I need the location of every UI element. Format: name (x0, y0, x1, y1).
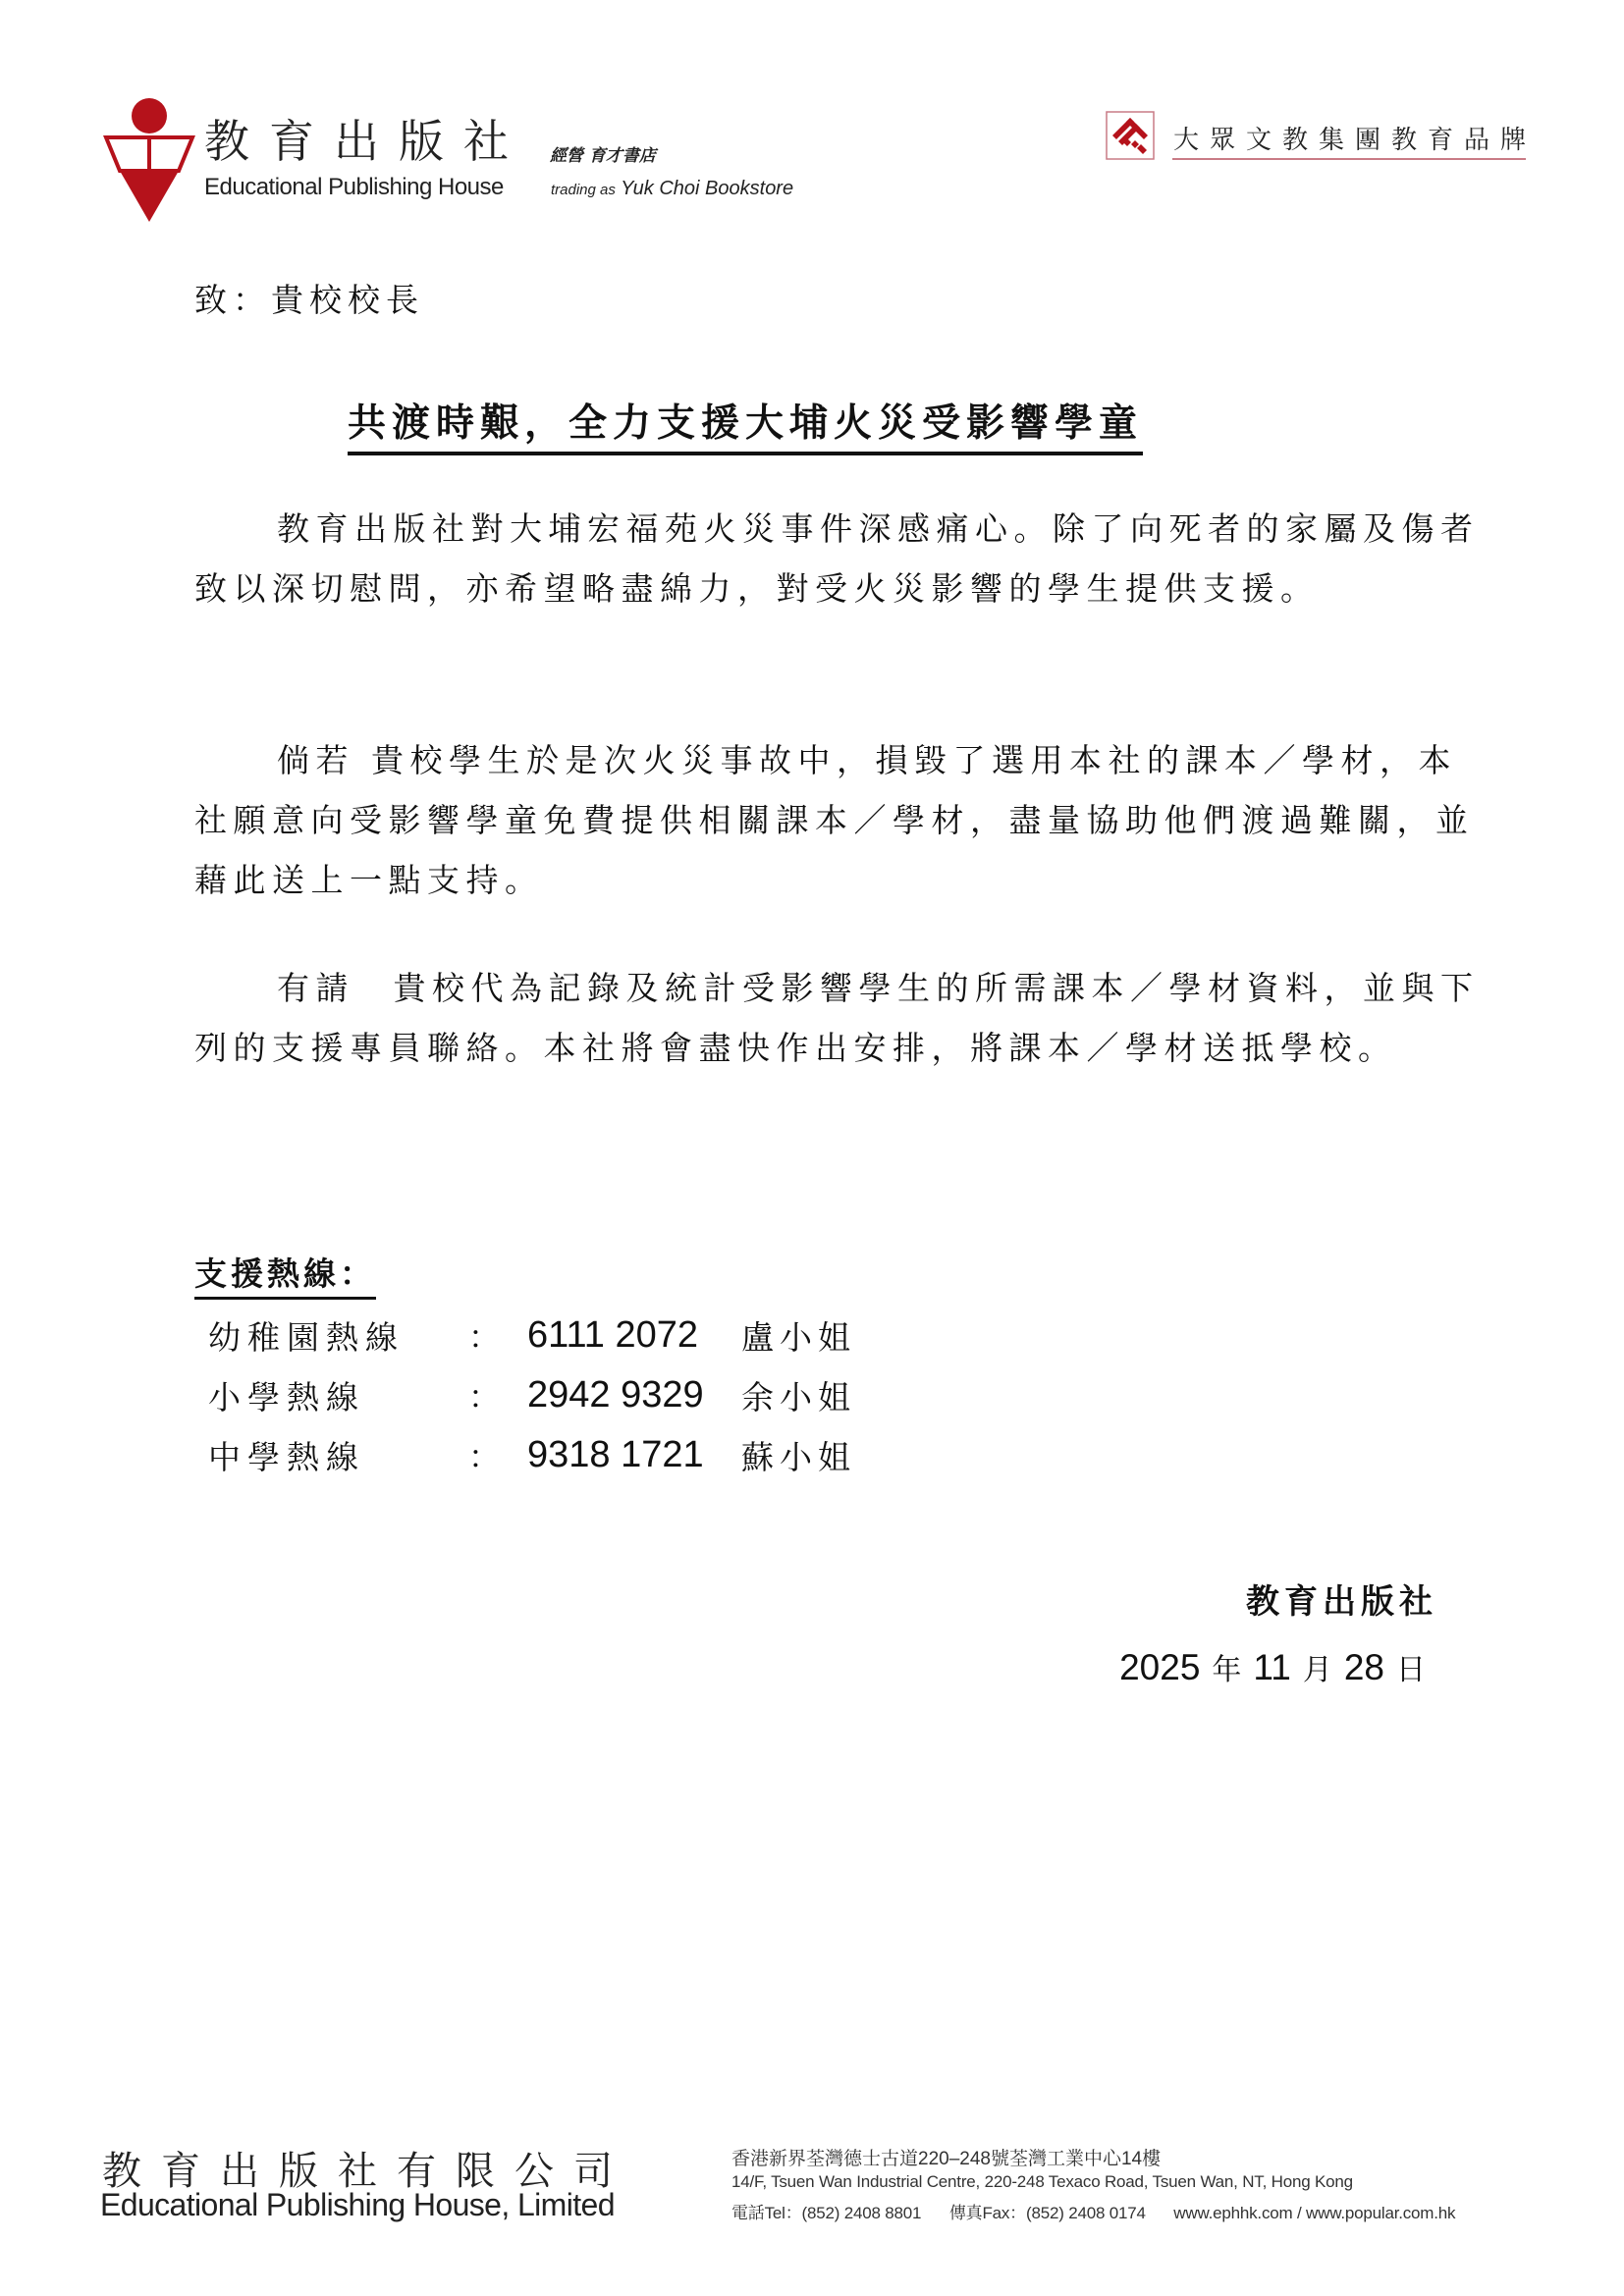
hotline-colon: ： (468, 1372, 527, 1417)
hotline-colon: ： (468, 1312, 527, 1358)
date-month-unit: 月 (1303, 1653, 1332, 1687)
paragraph-1: 教育出版社對大埔宏福苑火災事件深感痛心。除了向死者的家屬及傷者致以深切慰問，亦希… (194, 499, 1490, 618)
hotline-phone[interactable]: 6111 2072 (527, 1314, 741, 1357)
date-year: 2025 (1119, 1647, 1200, 1687)
date-month: 11 (1253, 1647, 1290, 1687)
date-day-unit: 日 (1396, 1653, 1426, 1687)
date-day: 28 (1344, 1647, 1384, 1687)
hotline-contact: 余小姐 (741, 1372, 856, 1418)
letter-date: 2025年11月28日 (1119, 1645, 1437, 1688)
hotline-row-secondary: 中學熱線 ： 9318 1721 蘇小姐 (208, 1430, 856, 1479)
trading-as: trading as Yuk Choi Bookstore (551, 178, 793, 200)
eph-logo-icon (102, 94, 196, 222)
hotline-colon: ： (468, 1432, 527, 1477)
footer-address-en: 14/F, Tsuen Wan Industrial Centre, 220-2… (731, 2172, 1353, 2192)
trading-as-prefix: trading as (551, 182, 616, 198)
footer-tel: 電話Tel：(852) 2408 8801 (731, 2204, 921, 2222)
hotline-contact: 蘇小姐 (741, 1432, 856, 1478)
publisher-subtitle-zh: 經營 育才書店 (550, 141, 656, 166)
group-brand-name: 大眾文教集團教育品牌 (1173, 120, 1537, 156)
publisher-name-en: Educational Publishing House (204, 174, 504, 201)
letter-title: 共渡時艱，全力支援大埔火災受影響學童 (348, 393, 1143, 455)
paragraph-3: 有請 貴校代為記錄及統計受影響學生的所需課本／學材資料，並與下列的支援專員聯絡。… (194, 958, 1490, 1078)
date-year-unit: 年 (1212, 1653, 1241, 1687)
footer-fax: 傳真Fax：(852) 2408 0174 (949, 2204, 1146, 2222)
hotline-label: 小學熱線 (208, 1372, 468, 1418)
group-logo-icon (1106, 111, 1155, 160)
paragraph-2-text: 倘若 貴校學生於是次火災事故中，損毀了選用本社的課本／學材，本社願意向受影響學童… (194, 741, 1475, 899)
footer-company-en: Educational Publishing House, Limited (100, 2187, 615, 2223)
footer-websites[interactable]: www.ephhk.com / www.popular.com.hk (1173, 2204, 1455, 2222)
hotline-row-primary: 小學熱線 ： 2942 9329 余小姐 (208, 1370, 856, 1419)
hotline-label: 中學熱線 (208, 1432, 468, 1478)
paragraph-3-text: 有請 貴校代為記錄及統計受影響學生的所需課本／學材資料，並與下列的支援專員聯絡。… (194, 969, 1480, 1067)
paragraph-2: 倘若 貴校學生於是次火災事故中，損毀了選用本社的課本／學材，本社願意向受影響學童… (194, 730, 1490, 910)
footer-contact-line: 電話Tel：(852) 2408 8801 傳真Fax：(852) 2408 0… (731, 2199, 1479, 2223)
publisher-name-zh: 教育出版社 (204, 106, 528, 171)
trading-as-name: Yuk Choi Bookstore (621, 178, 793, 199)
hotline-phone[interactable]: 2942 9329 (527, 1374, 741, 1416)
recipient-line: 致：貴校校長 (194, 275, 424, 321)
hotline-heading: 支援熱線： (194, 1249, 376, 1300)
signature: 教育出版社 (1246, 1575, 1437, 1623)
group-brand-underline (1172, 158, 1526, 160)
hotline-phone[interactable]: 9318 1721 (527, 1434, 741, 1476)
hotline-label: 幼稚園熱線 (208, 1312, 468, 1359)
paragraph-1-text: 教育出版社對大埔宏福苑火災事件深感痛心。除了向死者的家屬及傷者致以深切慰問，亦希… (194, 509, 1480, 608)
hotline-contact: 盧小姐 (741, 1312, 856, 1359)
hotline-row-kindergarten: 幼稚園熱線 ： 6111 2072 盧小姐 (208, 1310, 856, 1360)
footer-address-zh: 香港新界荃灣德士古道220–248號荃灣工業中心14樓 (731, 2144, 1161, 2170)
